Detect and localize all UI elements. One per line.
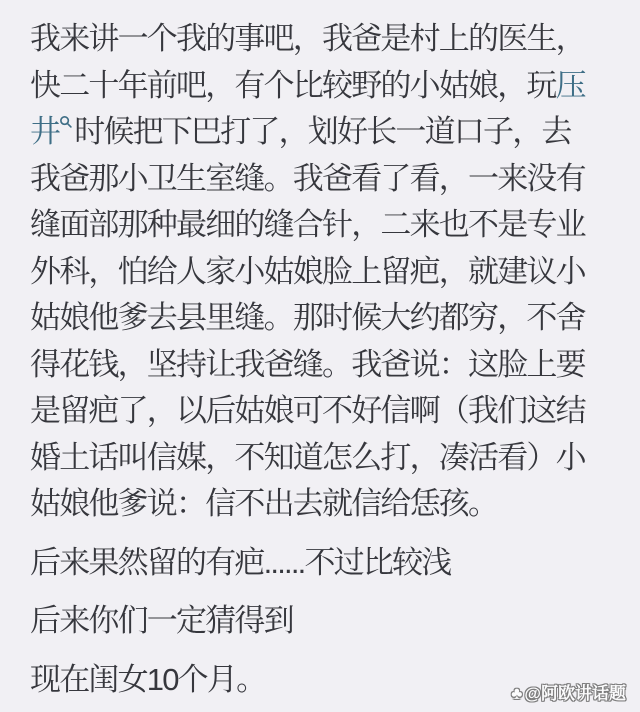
story-line-text: 我来讲一个我的事吧，我爸是村上的医生， [30, 21, 585, 56]
paragraph: 我来讲一个我的事吧，我爸是村上的医生，快二十年前吧，有个比较野的小姑娘，玩压井时… [30, 16, 616, 528]
watermark-logo-icon: ♣ [511, 684, 522, 703]
story-line-text: 姑娘他爹去县里缝。那时候大约都穷，不舍 [30, 300, 585, 335]
paragraph: 后来果然留的有疤......不过比较浅 [30, 540, 616, 587]
watermark-handle: @阿欧讲话题 [524, 684, 626, 703]
story-line-text: 后来果然留的有疤......不过比较浅 [30, 545, 450, 580]
story-line-text: 婚土话叫信媒，不知道怎么打，凑活看）小 [30, 440, 585, 475]
story-line-text: 姑娘他爹说：信不出去就信给恁孩。 [30, 486, 497, 521]
text-line: 缝面部那种最细的缝合针，二来也不是专业 [30, 202, 616, 249]
story-line-text: 现在闺女10个月。 [30, 662, 265, 697]
keyword-link[interactable]: 井 [30, 114, 59, 149]
text-line: 后来你们一定猜得到 [30, 598, 616, 645]
story-line-text: 得花钱，坚持让我爸缝。我爸说：这脸上要 [30, 347, 585, 382]
story-line-text: 外科，怕给人家小姑娘脸上留疤，就建议小 [30, 254, 585, 289]
text-line: 姑娘他爹说：信不出去就信给恁孩。 [30, 481, 616, 528]
text-line: 是留疤了，以后姑娘可不好信啊（我们这结 [30, 388, 616, 435]
text-line: 井时候把下巴打了，划好长一道口子，去 [30, 109, 616, 156]
text-line: 我来讲一个我的事吧，我爸是村上的医生， [30, 16, 616, 63]
story-line-text: 时候把下巴打了，划好长一道口子，去 [74, 114, 570, 149]
text-line: 后来果然留的有疤......不过比较浅 [30, 540, 616, 587]
keyword-link[interactable]: 压 [556, 68, 585, 103]
watermark: ♣@阿欧讲话题 [511, 679, 626, 704]
text-line: 姑娘他爹去县里缝。那时候大约都穷，不舍 [30, 295, 616, 342]
story-line-text: 快二十年前吧，有个比较野的小姑娘，玩 [30, 68, 556, 103]
paragraph: 后来你们一定猜得到 [30, 598, 616, 645]
text-line: 婚土话叫信媒，不知道怎么打，凑活看）小 [30, 435, 616, 482]
text-line: 外科，怕给人家小姑娘脸上留疤，就建议小 [30, 249, 616, 296]
text-line: 快二十年前吧，有个比较野的小姑娘，玩压 [30, 63, 616, 110]
story-text: 我来讲一个我的事吧，我爸是村上的医生，快二十年前吧，有个比较野的小姑娘，玩压井时… [0, 0, 640, 703]
text-line: 得花钱，坚持让我爸缝。我爸说：这脸上要 [30, 342, 616, 389]
story-line-text: 我爸那小卫生室缝。我爸看了看，一来没有 [30, 161, 585, 196]
story-line-text: 缝面部那种最细的缝合针，二来也不是专业 [30, 207, 585, 242]
story-line-text: 后来你们一定猜得到 [30, 603, 293, 638]
story-line-text: 是留疤了，以后姑娘可不好信啊（我们这结 [30, 393, 585, 428]
text-line: 我爸那小卫生室缝。我爸看了看，一来没有 [30, 156, 616, 203]
search-icon[interactable] [59, 109, 74, 156]
